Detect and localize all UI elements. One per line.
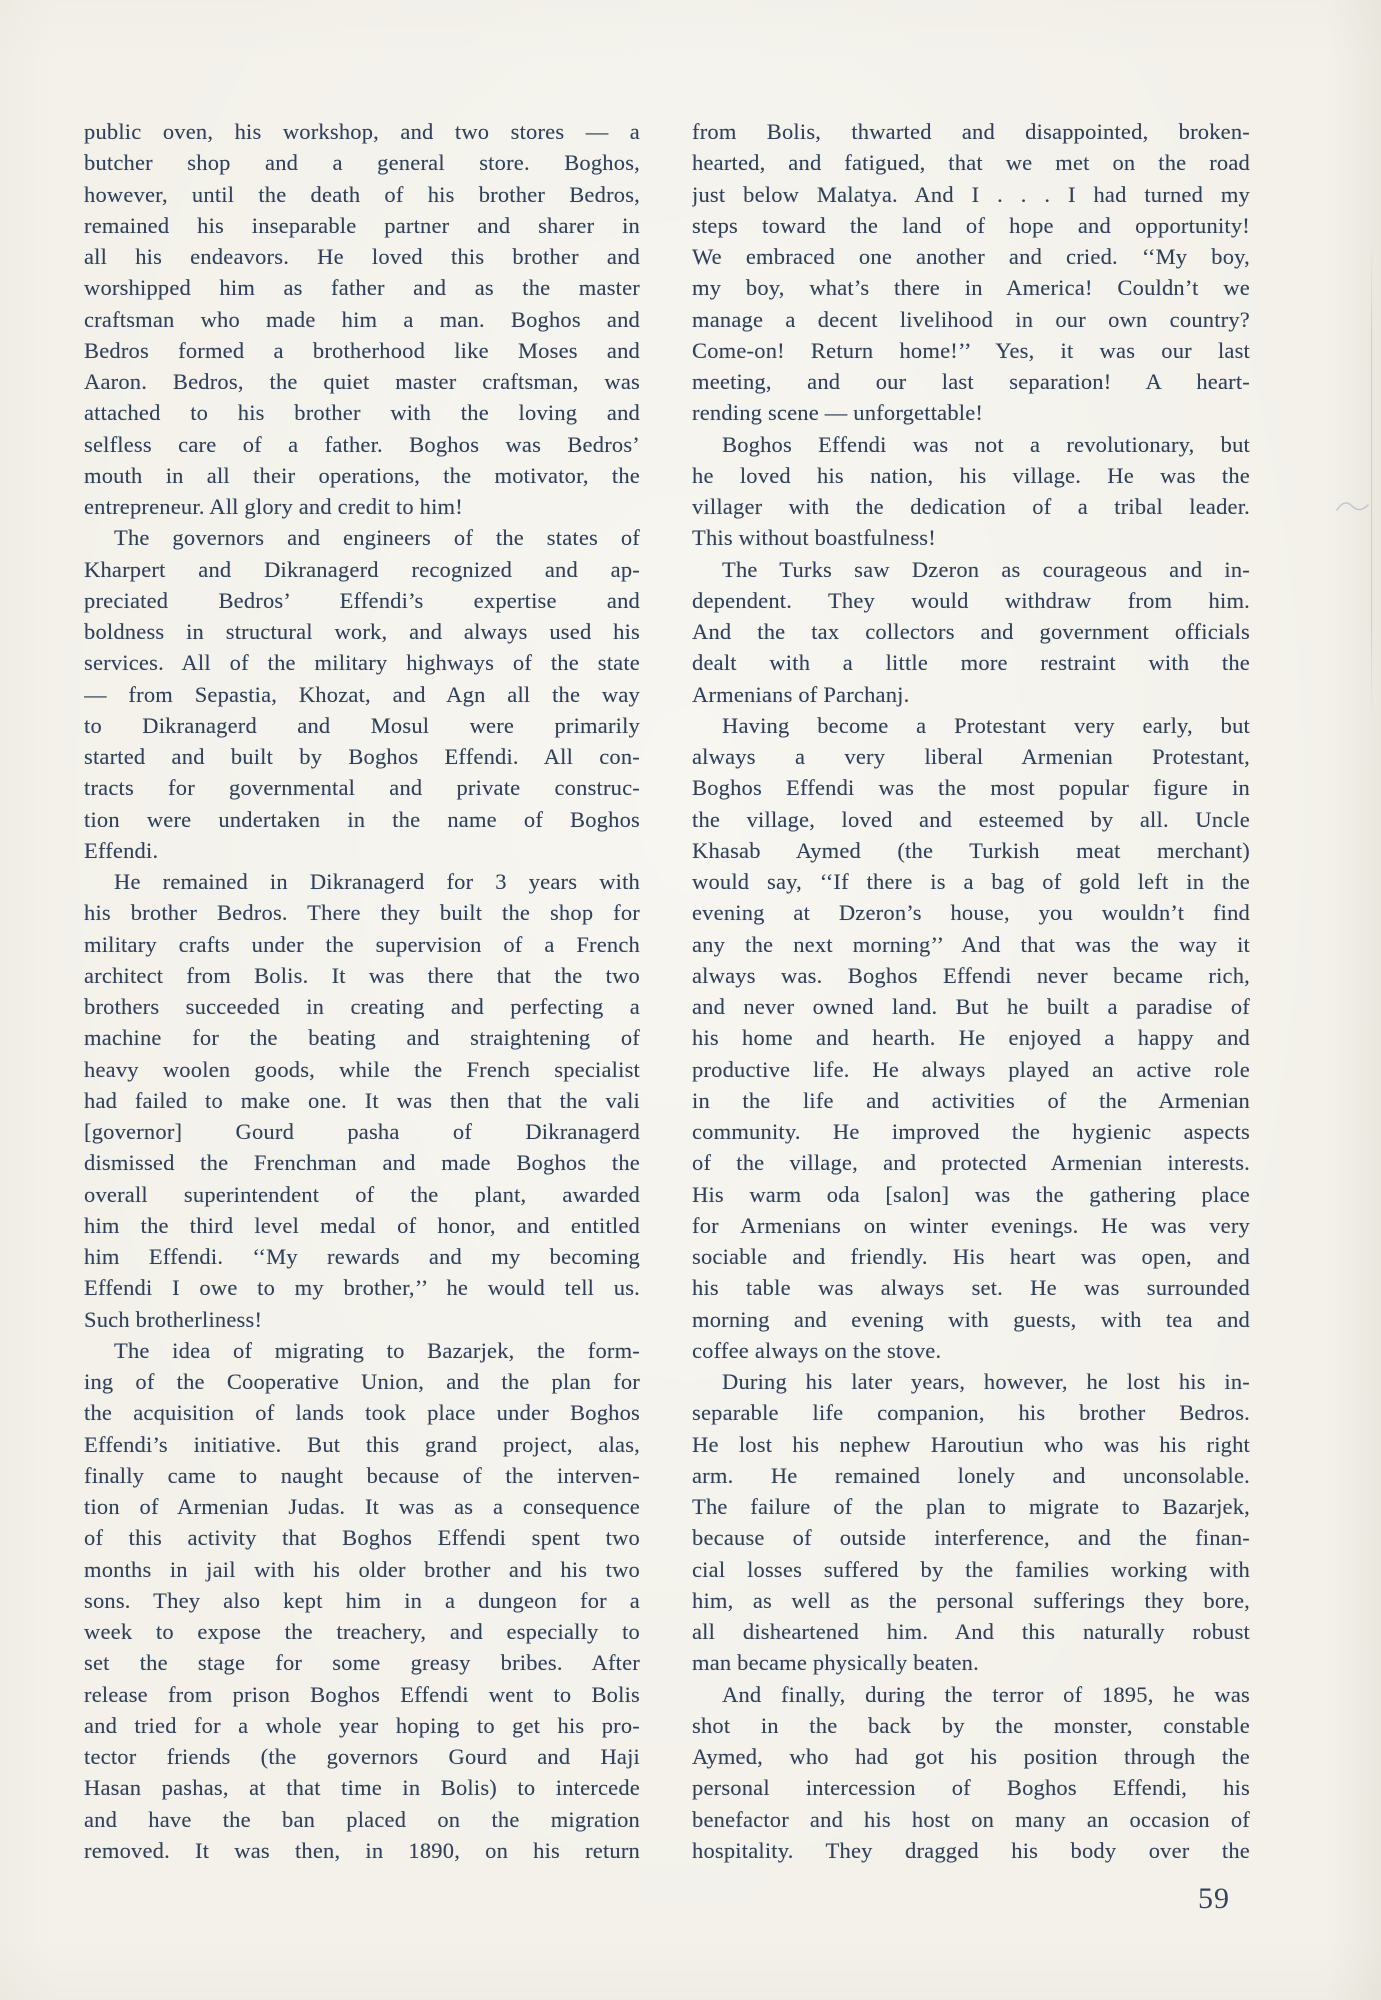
text-line: brothers succeeded in creating and perfe… [84, 991, 640, 1022]
text-line: because of outside interference, and the… [692, 1522, 1250, 1553]
paragraph: During his later years, however, he lost… [692, 1366, 1250, 1679]
paragraph: He remained in Dikranagerd for 3 years w… [84, 866, 640, 1335]
page-number: 59 [1198, 1882, 1268, 1916]
text-line: and never owned land. But he built a par… [692, 991, 1250, 1022]
text-line: Kharpert and Dikranagerd recognized and … [84, 554, 640, 585]
text-line: Effendi. [84, 835, 640, 866]
text-line: The Turks saw Dzeron as courageous and i… [692, 554, 1250, 585]
text-line: dismissed the Frenchman and made Boghos … [84, 1147, 640, 1178]
text-line: ing of the Cooperative Union, and the pl… [84, 1366, 640, 1397]
text-line: of this activity that Boghos Effendi spe… [84, 1522, 640, 1553]
text-line: mouth in all their operations, the motiv… [84, 460, 640, 491]
text-line: Aaron. Bedros, the quiet master craftsma… [84, 366, 640, 397]
paragraph: from Bolis, thwarted and disappointed, b… [692, 116, 1250, 429]
text-line: The governors and engineers of the state… [84, 522, 640, 553]
left-column: public oven, his workshop, and two store… [84, 116, 640, 1866]
text-line: meeting, and our last separation! A hear… [692, 366, 1250, 397]
text-line: morning and evening with guests, with te… [692, 1304, 1250, 1335]
text-line: of the village, and protected Armenian i… [692, 1147, 1250, 1178]
text-line: months in jail with his older brother an… [84, 1554, 640, 1585]
text-line: week to expose the treachery, and especi… [84, 1616, 640, 1647]
text-line: heavy woolen goods, while the French spe… [84, 1054, 640, 1085]
text-line: shot in the back by the monster, constab… [692, 1710, 1250, 1741]
text-line: always a very liberal Armenian Protestan… [692, 741, 1250, 772]
text-line: Effendi I owe to my brother,’’ he would … [84, 1272, 640, 1303]
text-line: Khasab Aymed (the Turkish meat merchant) [692, 835, 1250, 866]
text-line: sociable and friendly. His heart was ope… [692, 1241, 1250, 1272]
text-line: We embraced one another and cried. ‘‘My … [692, 241, 1250, 272]
text-line: Such brotherliness! [84, 1304, 640, 1335]
ink-squiggle [1336, 498, 1370, 518]
text-line: the village, loved and esteemed by all. … [692, 804, 1250, 835]
text-line: any the next morning’’ And that was the … [692, 929, 1250, 960]
text-line: He lost his nephew Haroutiun who was his… [692, 1429, 1250, 1460]
text-line: And the tax collectors and government of… [692, 616, 1250, 647]
text-line: tracts for governmental and private cons… [84, 772, 640, 803]
text-line: Effendi’s initiative. But this grand pro… [84, 1429, 640, 1460]
book-page: public oven, his workshop, and two store… [0, 0, 1381, 2000]
text-line: overall superintendent of the plant, awa… [84, 1179, 640, 1210]
text-line: release from prison Boghos Effendi went … [84, 1679, 640, 1710]
paragraph: The governors and engineers of the state… [84, 522, 640, 866]
text-line: would say, ‘‘If there is a bag of gold l… [692, 866, 1250, 897]
text-line: tector friends (the governors Gourd and … [84, 1741, 640, 1772]
text-line: Aymed, who had got his position through … [692, 1741, 1250, 1772]
text-line: His warm oda [salon] was the gathering p… [692, 1179, 1250, 1210]
text-line: he loved his nation, his village. He was… [692, 460, 1250, 491]
text-line: removed. It was then, in 1890, on his re… [84, 1835, 640, 1866]
text-line: remained his inseparable partner and sha… [84, 210, 640, 241]
text-line: productive life. He always played an act… [692, 1054, 1250, 1085]
text-line: always was. Boghos Effendi never became … [692, 960, 1250, 991]
text-line: selfless care of a father. Boghos was Be… [84, 429, 640, 460]
text-line: preciated Bedros’ Effendi’s expertise an… [84, 585, 640, 616]
text-line: his brother Bedros. There they built the… [84, 897, 640, 928]
paragraph: Having become a Protestant very early, b… [692, 710, 1250, 1366]
text-line: This without boastfulness! [692, 522, 1250, 553]
text-line: community. He improved the hygienic aspe… [692, 1116, 1250, 1147]
text-line: craftsman who made him a man. Boghos and [84, 304, 640, 335]
text-line: Come-on! Return home!’’ Yes, it was our … [692, 335, 1250, 366]
text-line: all his endeavors. He loved this brother… [84, 241, 640, 272]
text-line: dependent. They would withdraw from him. [692, 585, 1250, 616]
text-line: man became physically beaten. [692, 1647, 1250, 1678]
text-line: him Effendi. ‘‘My rewards and my becomin… [84, 1241, 640, 1272]
text-line: his home and hearth. He enjoyed a happy … [692, 1022, 1250, 1053]
text-line: benefactor and his host on many an occas… [692, 1804, 1250, 1835]
text-line: The failure of the plan to migrate to Ba… [692, 1491, 1250, 1522]
text-line: cial losses suffered by the families wor… [692, 1554, 1250, 1585]
text-line: finally came to naught because of the in… [84, 1460, 640, 1491]
text-line: just below Malatya. And I . . . I had tu… [692, 179, 1250, 210]
text-line: tion were undertaken in the name of Bogh… [84, 804, 640, 835]
text-line: — from Sepastia, Khozat, and Agn all the… [84, 679, 640, 710]
text-line: tion of Armenian Judas. It was as a cons… [84, 1491, 640, 1522]
text-line: entrepreneur. All glory and credit to hi… [84, 491, 640, 522]
text-line: butcher shop and a general store. Boghos… [84, 147, 640, 178]
text-line: all disheartened him. And this naturally… [692, 1616, 1250, 1647]
text-line: Boghos Effendi was not a revolutionary, … [692, 429, 1250, 460]
text-line: The idea of migrating to Bazarjek, the f… [84, 1335, 640, 1366]
text-line: military crafts under the supervision of… [84, 929, 640, 960]
paragraph: And finally, during the terror of 1895, … [692, 1679, 1250, 1867]
text-line: separable life companion, his brother Be… [692, 1397, 1250, 1428]
text-line: boldness in structural work, and always … [84, 616, 640, 647]
text-line: dealt with a little more restraint with … [692, 647, 1250, 678]
text-line: had failed to make one. It was then that… [84, 1085, 640, 1116]
text-line: steps toward the land of hope and opport… [692, 210, 1250, 241]
text-line: Bedros formed a brotherhood like Moses a… [84, 335, 640, 366]
paragraph: Boghos Effendi was not a revolutionary, … [692, 429, 1250, 554]
text-line: the acquisition of lands took place unde… [84, 1397, 640, 1428]
text-line: for Armenians on winter evenings. He was… [692, 1210, 1250, 1241]
text-line: coffee always on the stove. [692, 1335, 1250, 1366]
paragraph: public oven, his workshop, and two store… [84, 116, 640, 522]
text-line: started and built by Boghos Effendi. All… [84, 741, 640, 772]
text-line: Armenians of Parchanj. [692, 679, 1250, 710]
text-line: machine for the beating and straightenin… [84, 1022, 640, 1053]
text-line: villager with the dedication of a tribal… [692, 491, 1250, 522]
text-line: his table was always set. He was surroun… [692, 1272, 1250, 1303]
text-line: my boy, what’s there in America! Couldn’… [692, 272, 1250, 303]
text-line: him the third level medal of honor, and … [84, 1210, 640, 1241]
text-line: architect from Bolis. It was there that … [84, 960, 640, 991]
text-line: evening at Dzeron’s house, you wouldn’t … [692, 897, 1250, 928]
text-line: Hasan pashas, at that time in Bolis) to … [84, 1772, 640, 1803]
text-line: in the life and activities of the Armeni… [692, 1085, 1250, 1116]
text-line: He remained in Dikranagerd for 3 years w… [84, 866, 640, 897]
paragraph: The Turks saw Dzeron as courageous and i… [692, 554, 1250, 710]
text-line: services. All of the military highways o… [84, 647, 640, 678]
text-line: Having become a Protestant very early, b… [692, 710, 1250, 741]
text-line: Boghos Effendi was the most popular figu… [692, 772, 1250, 803]
text-line: arm. He remained lonely and unconsolable… [692, 1460, 1250, 1491]
right-column: from Bolis, thwarted and disappointed, b… [692, 116, 1250, 1866]
text-line: public oven, his workshop, and two store… [84, 116, 640, 147]
page-edge-line [1371, 240, 1372, 720]
text-line: and have the ban placed on the migration [84, 1804, 640, 1835]
text-line: hearted, and fatigued, that we met on th… [692, 147, 1250, 178]
text-line: personal intercession of Boghos Effendi,… [692, 1772, 1250, 1803]
text-line: and tried for a whole year hoping to get… [84, 1710, 640, 1741]
text-line: rending scene — unforgettable! [692, 397, 1250, 428]
text-line: from Bolis, thwarted and disappointed, b… [692, 116, 1250, 147]
text-line: however, until the death of his brother … [84, 179, 640, 210]
text-line: him, as well as the personal sufferings … [692, 1585, 1250, 1616]
text-line: worshipped him as father and as the mast… [84, 272, 640, 303]
text-line: attached to his brother with the loving … [84, 397, 640, 428]
text-line: hospitality. They dragged his body over … [692, 1835, 1250, 1866]
text-line: manage a decent livelihood in our own co… [692, 304, 1250, 335]
text-line: [governor] Gourd pasha of Dikranagerd [84, 1116, 640, 1147]
text-line: During his later years, however, he lost… [692, 1366, 1250, 1397]
text-line: And finally, during the terror of 1895, … [692, 1679, 1250, 1710]
paragraph: The idea of migrating to Bazarjek, the f… [84, 1335, 640, 1866]
text-line: to Dikranagerd and Mosul were primarily [84, 710, 640, 741]
text-line: set the stage for some greasy bribes. Af… [84, 1647, 640, 1678]
text-line: sons. They also kept him in a dungeon fo… [84, 1585, 640, 1616]
